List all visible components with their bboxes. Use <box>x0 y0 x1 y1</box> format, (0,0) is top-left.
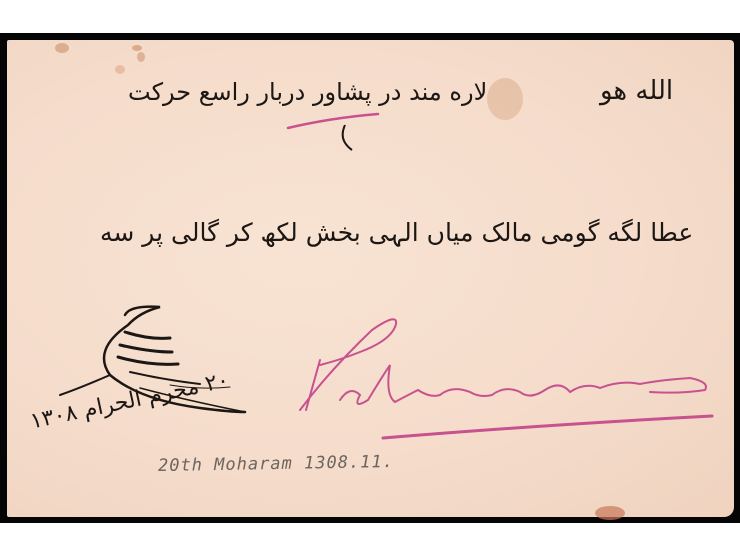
foxing-stain <box>487 78 523 120</box>
stain-spot <box>595 506 625 520</box>
envelope <box>7 40 734 517</box>
middle-address-line: عطا لگه گومی مالک میاں الہی بخش لکھ کر گ… <box>100 218 693 247</box>
stain-spot <box>132 45 142 51</box>
stain-spot <box>115 65 125 74</box>
stain-spot <box>137 52 145 62</box>
top-right-inscription: الله هو <box>600 76 673 106</box>
pencil-date-note: 20th Moharam 1308.11. <box>158 452 394 476</box>
stain-spot <box>55 43 69 53</box>
top-address-line: لاره مند در پشاور دربار راسع حرکت <box>128 78 487 106</box>
